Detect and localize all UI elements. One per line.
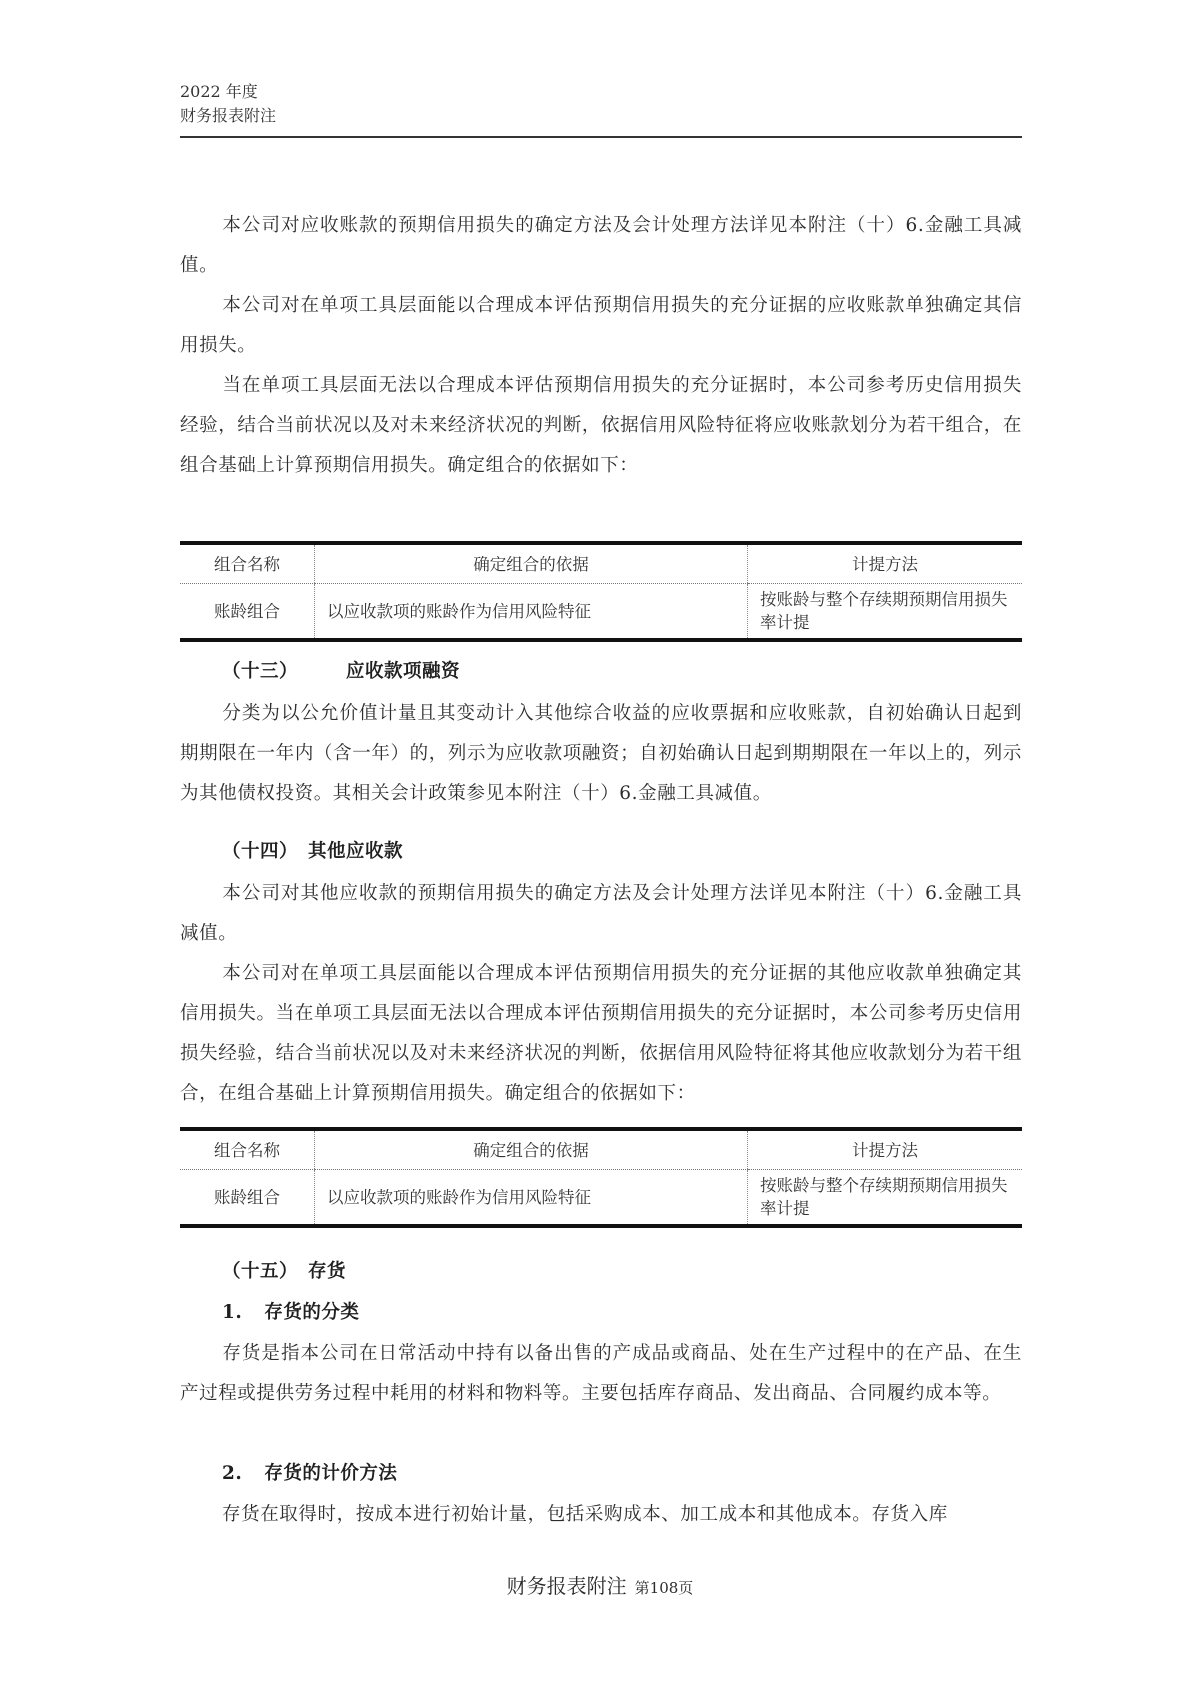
cell-method: 按账龄与整个存续期预期信用损失率计提 xyxy=(748,584,1023,641)
section-heading-13: （十三）应收款项融资 xyxy=(222,652,460,692)
subheading-inventory-classification: 1.存货的分类 xyxy=(222,1293,359,1333)
page-header: 2022 年度 财务报表附注 xyxy=(180,80,1022,128)
section-heading-14: （十四）其他应收款 xyxy=(222,832,403,872)
table-header-row: 组合名称 确定组合的依据 计提方法 xyxy=(180,543,1022,584)
col-header-basis: 确定组合的依据 xyxy=(315,543,748,584)
paragraph-inventory-valuation: 存货在取得时，按成本进行初始计量，包括采购成本、加工成本和其他成本。存货入库 xyxy=(180,1495,1022,1535)
table-header-row: 组合名称 确定组合的依据 计提方法 xyxy=(180,1129,1022,1170)
cell-basis: 以应收款项的账龄作为信用风险特征 xyxy=(315,1170,748,1227)
table-row: 账龄组合 以应收款项的账龄作为信用风险特征 按账龄与整个存续期预期信用损失率计提 xyxy=(180,584,1022,641)
cell-method: 按账龄与整个存续期预期信用损失率计提 xyxy=(748,1170,1023,1227)
col-header-name: 组合名称 xyxy=(180,543,315,584)
cell-basis: 以应收款项的账龄作为信用风险特征 xyxy=(315,584,748,641)
section-heading-15: （十五）存货 xyxy=(222,1252,346,1292)
paragraph-receivables-method: 本公司对应收账款的预期信用损失的确定方法及会计处理方法详见本附注（十）6.金融工… xyxy=(180,206,1022,286)
paragraph-other-receivables-portfolio: 本公司对在单项工具层面能以合理成本评估预期信用损失的充分证据的其他应收款单独确定… xyxy=(180,954,1022,1114)
subheading-inventory-valuation: 2.存货的计价方法 xyxy=(222,1454,397,1494)
header-title: 财务报表附注 xyxy=(180,104,1022,128)
col-header-method: 计提方法 xyxy=(748,543,1023,584)
header-rule xyxy=(180,136,1022,138)
paragraph-receivables-portfolio: 当在单项工具层面无法以合理成本评估预期信用损失的充分证据时，本公司参考历史信用损… xyxy=(180,366,1022,486)
paragraph-receivables-individual: 本公司对在单项工具层面能以合理成本评估预期信用损失的充分证据的应收账款单独确定其… xyxy=(180,286,1022,366)
col-header-method: 计提方法 xyxy=(748,1129,1023,1170)
page-footer: 财务报表附注第108页 xyxy=(0,1570,1200,1599)
portfolio-table-other-receivables: 组合名称 确定组合的依据 计提方法 账龄组合 以应收款项的账龄作为信用风险特征 … xyxy=(180,1127,1022,1228)
paragraph-other-receivables-method: 本公司对其他应收款的预期信用损失的确定方法及会计处理方法详见本附注（十）6.金融… xyxy=(180,874,1022,954)
col-header-name: 组合名称 xyxy=(180,1129,315,1170)
page-number: 第108页 xyxy=(635,1579,694,1597)
header-year: 2022 年度 xyxy=(180,80,1022,104)
paragraph-inventory-classification: 存货是指本公司在日常活动中持有以备出售的产成品或商品、处在生产过程中的在产品、在… xyxy=(180,1334,1022,1414)
paragraph-receivables-financing: 分类为以公允价值计量且其变动计入其他综合收益的应收票据和应收账款，自初始确认日起… xyxy=(180,694,1022,814)
col-header-basis: 确定组合的依据 xyxy=(315,1129,748,1170)
cell-name: 账龄组合 xyxy=(180,1170,315,1227)
table-row: 账龄组合 以应收款项的账龄作为信用风险特征 按账龄与整个存续期预期信用损失率计提 xyxy=(180,1170,1022,1227)
cell-name: 账龄组合 xyxy=(180,584,315,641)
portfolio-table-receivables: 组合名称 确定组合的依据 计提方法 账龄组合 以应收款项的账龄作为信用风险特征 … xyxy=(180,541,1022,642)
footer-title: 财务报表附注 xyxy=(507,1574,627,1598)
